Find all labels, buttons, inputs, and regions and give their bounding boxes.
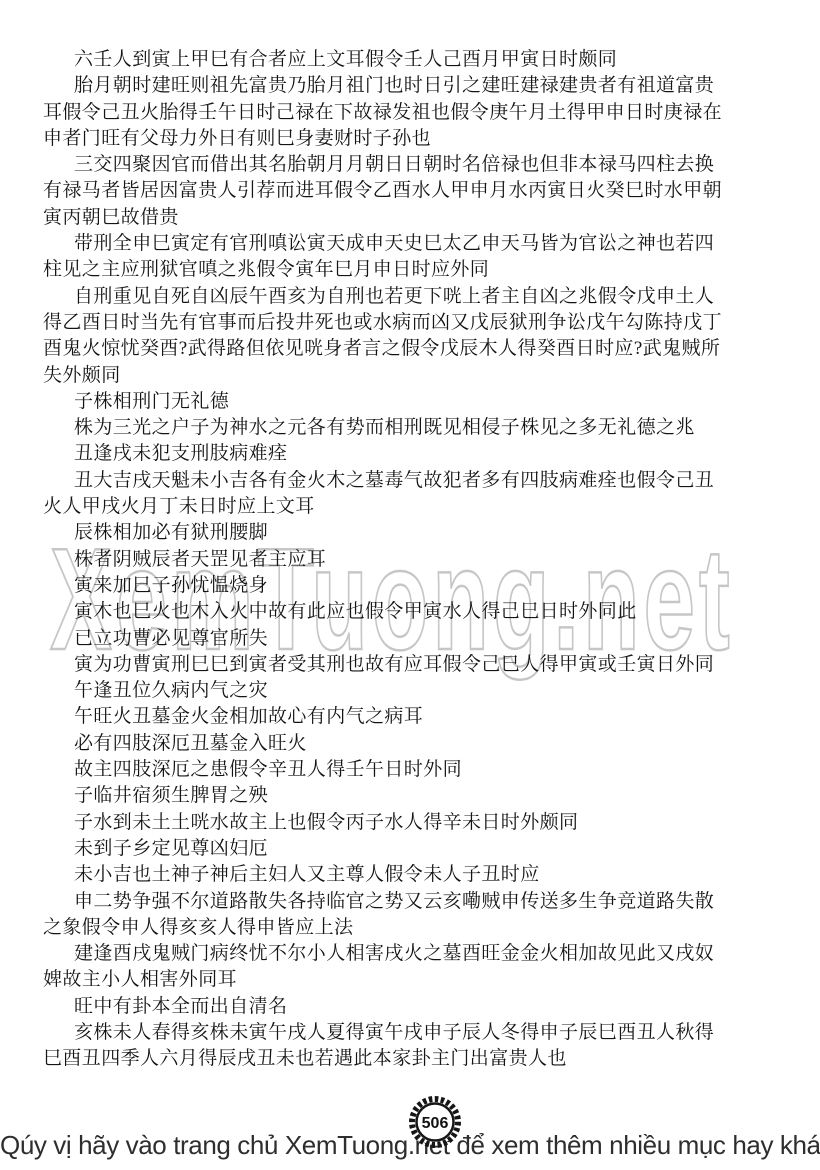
text-line: 自刑重见自死自凶辰午酉亥为自刑也若更下咣上者主自凶之兆假令戊申土人 [43, 284, 783, 310]
text-line: 寅为功曹寅刑巳巳到寅者受其刑也故有应耳假令己巳人得甲寅或壬寅日外同 [43, 652, 783, 678]
text-line: 寅来加巳子孙忧愠烧身 [43, 573, 783, 599]
text-line: 必有四肢深厄丑墓金入旺火 [43, 731, 783, 757]
page-number-stamp: 506 [408, 1095, 462, 1149]
text-line: 酉鬼火惊忧癸酉?武得路但依见咣身者言之假令戊辰木人得癸酉日时应?武鬼贼所 [43, 336, 783, 362]
text-line: 耳假令己丑火胎得壬午日时己禄在下故禄发祖也假令庚午月土得甲申日时庚禄在 [43, 100, 783, 126]
text-line: 申者门旺有父母力外日有则巳身妻财时子孙也 [43, 126, 783, 152]
text-line: 三交四聚因官而借出其名胎朝月月朝日日朝时名倍禄也但非本禄马四柱去换 [43, 152, 783, 178]
text-line: 寅木也巳火也木入火中故有此应也假令甲寅水人得己巳日时外同此 [43, 599, 783, 625]
text-line: 丑逢戌未犯支刑肢病难痊 [43, 441, 783, 467]
text-line: 亥株未人春得亥株未寅午戌人夏得寅午戌申子辰人冬得申子辰巳酉丑人秋得 [43, 1020, 783, 1046]
text-line: 未到子乡定见尊凶妇厄 [43, 836, 783, 862]
text-line: 胎月朝时建旺则祖先富贵乃胎月祖门也时日引之建旺建禄建贵者有祖道富贵 [43, 73, 783, 99]
text-line: 子株相刑门无礼德 [43, 389, 783, 415]
text-line: 株为三光之户子为神水之元各有势而相刑既见相侵子株见之多无礼德之兆 [43, 415, 783, 441]
text-line: 带刑全申巳寅定有官刑嗔讼寅天成申天史巳太乙申天马皆为官讼之神也若四 [43, 231, 783, 257]
text-line: 巳酉丑四季人六月得辰戌丑未也若遇此本家卦主门出富贵人也 [43, 1046, 783, 1072]
text-line: 子水到未土土咣水故主上也假令丙子水人得辛未日时外颇同 [43, 810, 783, 836]
text-line: 有禄马者皆居因富贵人引荐而进耳假令乙酉水人甲申月水丙寅日火癸巳时水甲朝 [43, 178, 783, 204]
text-line: 之象假令申人得亥亥人得申皆应上法 [43, 915, 783, 941]
text-line: 午逢丑位久病内气之灾 [43, 678, 783, 704]
text-line: 未小吉也土神子神后主妇人又主尊人假令未人子丑时应 [43, 862, 783, 888]
text-line: 火人甲戌火月丁未日时应上文耳 [43, 494, 783, 520]
text-line: 午旺火丑墓金火金相加故心有内气之病耳 [43, 704, 783, 730]
text-line: 申二势争强不尔道路散失各持临官之势又云亥嘞贼申传送多生争竞道路失散 [43, 889, 783, 915]
text-line: 株者阴贼辰者天罡见者主应耳 [43, 547, 783, 573]
text-line: 子临井宿须生脾胃之殃 [43, 783, 783, 809]
text-line: 故主四肢深厄之患假令辛丑人得壬午日时外同 [43, 757, 783, 783]
text-line: 寅丙朝巳故借贵 [43, 205, 783, 231]
text-line: 建逢酉戌鬼贼门病终忧不尔小人相害戌火之墓酉旺金金火相加故见此又戌奴 [43, 941, 783, 967]
scanned-book-page: { "watermark": { "text": "XemTuong.net",… [0, 0, 820, 1170]
text-line: 丑大吉戌天魁未小吉各有金火木之墓毒气故犯者多有四肢病难痊也假令己丑 [43, 468, 783, 494]
text-line: 柱见之主应刑狱官嗔之兆假令寅年巳月申日时应外同 [43, 257, 783, 283]
text-line: 失外颇同 [43, 363, 783, 389]
text-line: 婢故主小人相害外同耳 [43, 967, 783, 993]
page-number: 506 [422, 1115, 449, 1132]
text-line: 六壬人到寅上甲巳有合者应上文耳假令壬人己酉月甲寅日时颇同 [43, 47, 783, 73]
text-line: 辰株相加必有狱刑腰脚 [43, 520, 783, 546]
page-text: 六壬人到寅上甲巳有合者应上文耳假令壬人己酉月甲寅日时颇同胎月朝时建旺则祖先富贵乃… [43, 47, 783, 1073]
text-line: 旺中有卦本全而出自清名 [43, 994, 783, 1020]
text-line: 已立功曹必见尊官所失 [43, 626, 783, 652]
text-line: 得乙酉日时当先有官事而后投井死也或水病而凶又戊辰狱刑争讼戊午勾陈持戊丁 [43, 310, 783, 336]
